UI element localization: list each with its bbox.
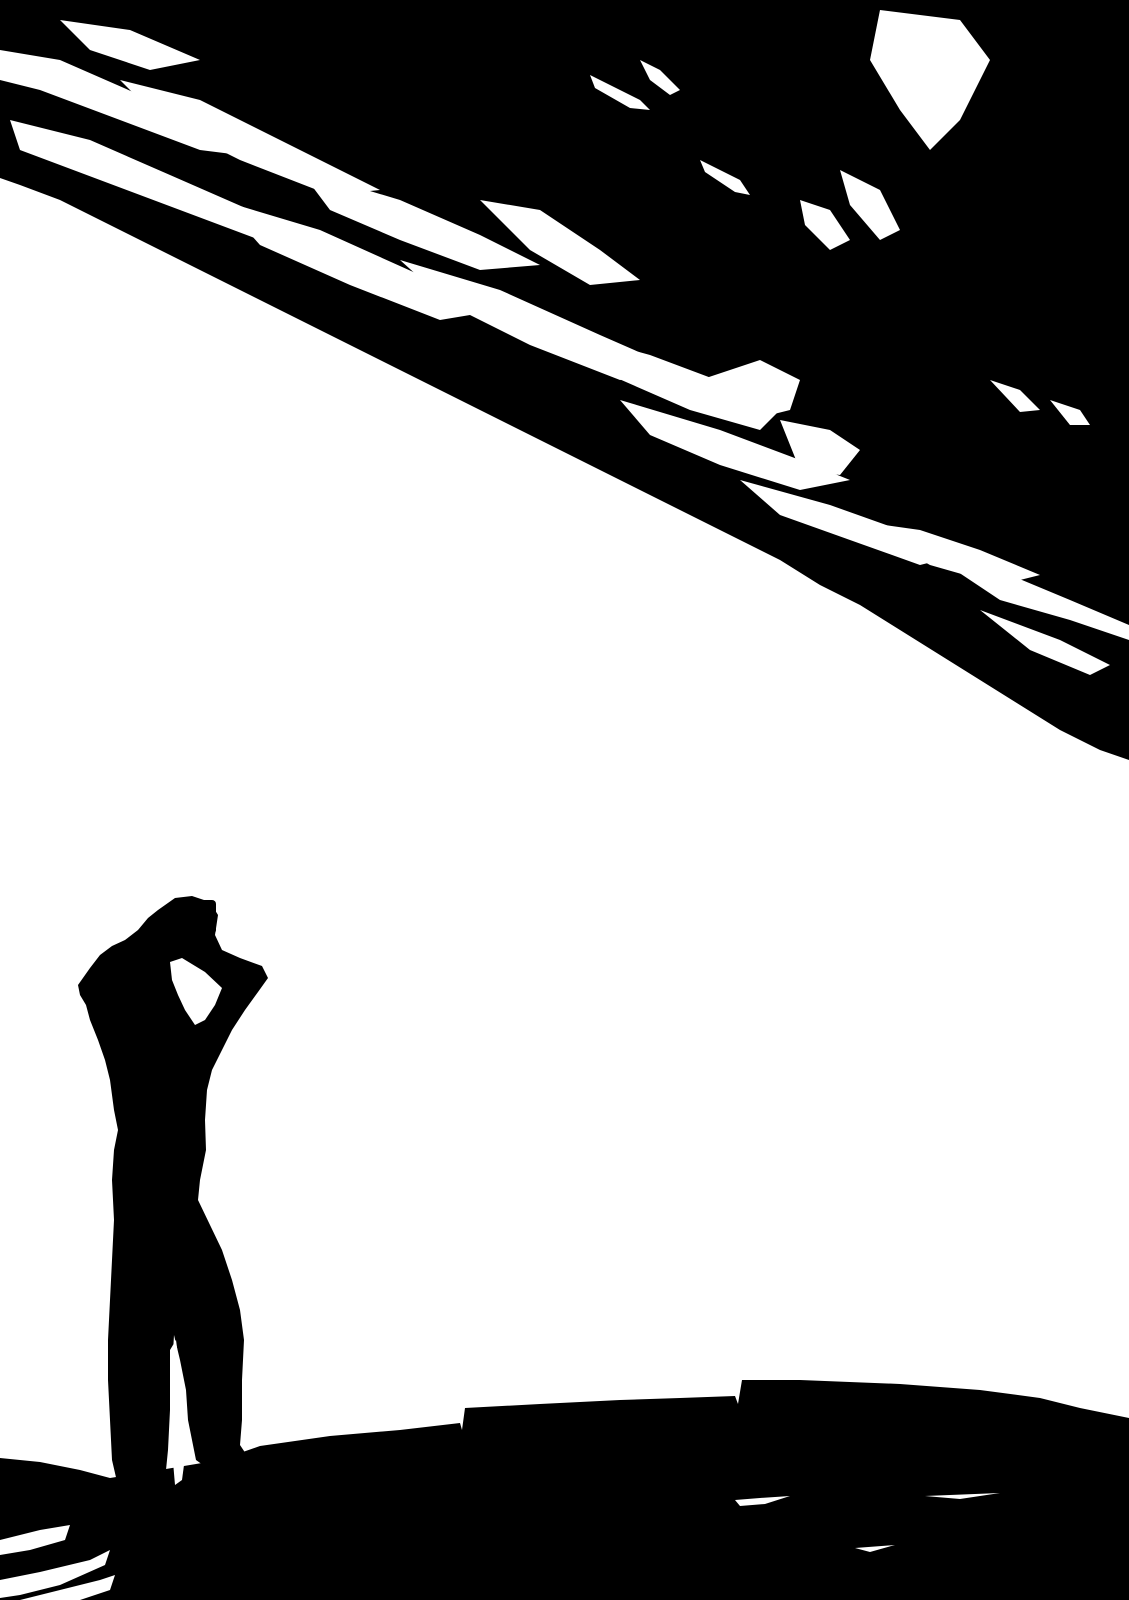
camera-icon — [172, 900, 216, 934]
photo-scene: High-contrast black and white photograph… — [0, 0, 1129, 1600]
photo-canvas — [0, 0, 1129, 1600]
